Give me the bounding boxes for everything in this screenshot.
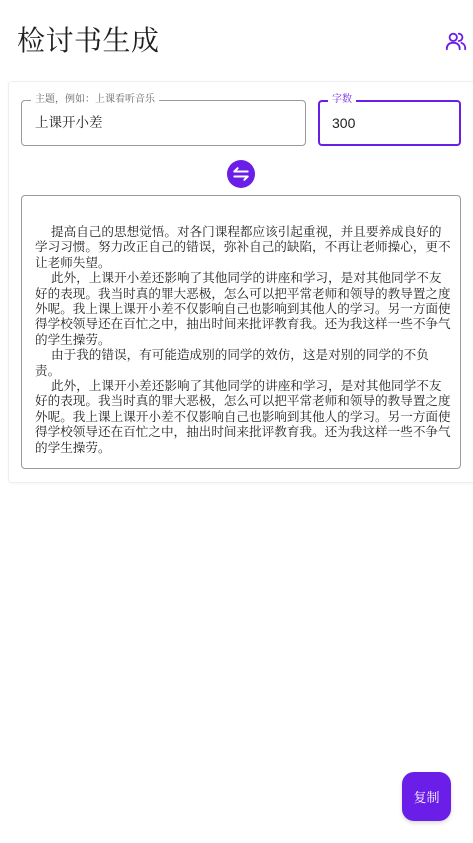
word-count-field[interactable]: 字数 bbox=[318, 100, 461, 146]
users-button[interactable] bbox=[444, 29, 468, 53]
output-text: 提高自己的思想觉悟。对各门课程都应该引起重视，并且要养成良好的学习习惯。努力改正… bbox=[35, 224, 451, 455]
word-count-input[interactable] bbox=[332, 114, 449, 132]
app-header: 检讨书生成 bbox=[0, 0, 473, 80]
output-textarea[interactable]: 提高自己的思想觉悟。对各门课程都应该引起重视，并且要养成良好的学习习惯。努力改正… bbox=[21, 195, 461, 469]
topic-label: 主题，例如：上课看听音乐 bbox=[31, 94, 159, 106]
topic-field[interactable]: 主题，例如：上课看听音乐 bbox=[21, 100, 306, 146]
page-title: 检讨书生成 bbox=[17, 22, 160, 60]
users-icon bbox=[445, 30, 467, 52]
copy-button[interactable]: 复制 bbox=[402, 772, 451, 821]
swap-arrows-icon bbox=[231, 164, 251, 184]
topic-input[interactable] bbox=[35, 114, 295, 132]
word-count-label: 字数 bbox=[328, 94, 356, 106]
generate-swap-button[interactable] bbox=[227, 160, 255, 188]
